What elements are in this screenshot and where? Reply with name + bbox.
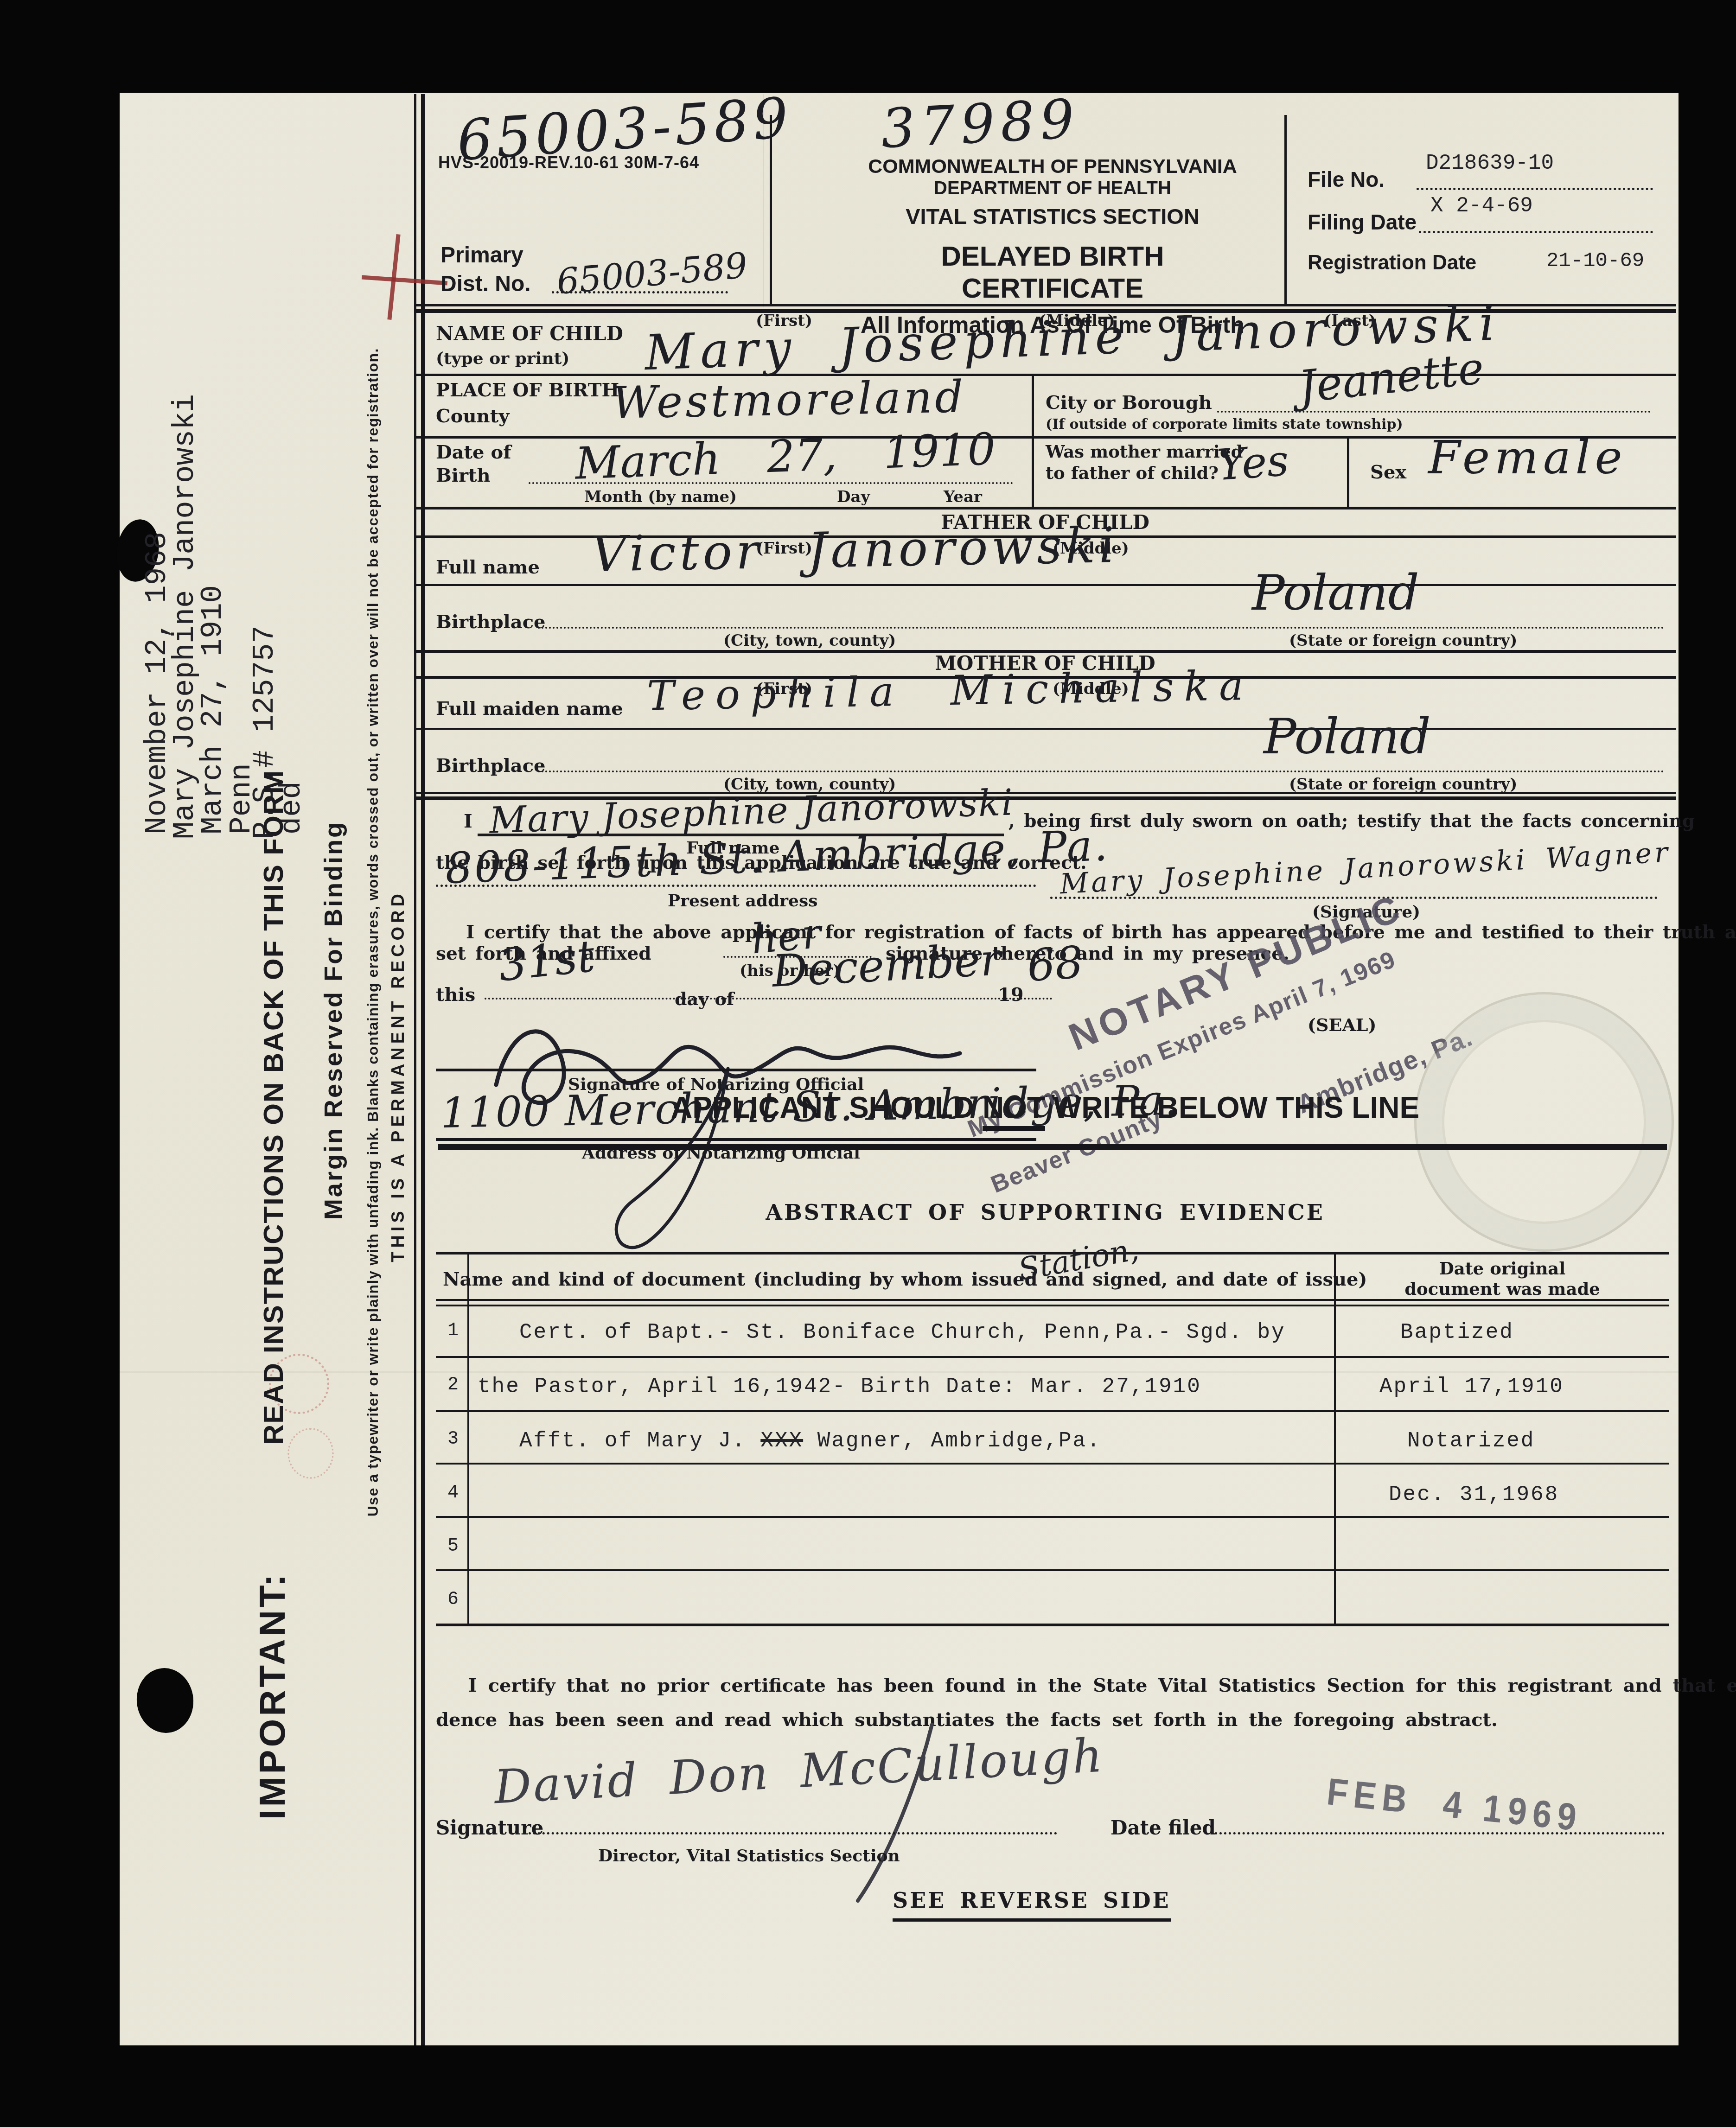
table-row-rule xyxy=(436,1569,1669,1571)
row-number: 1 xyxy=(447,1320,459,1341)
place-of-birth-label: PLACE OF BIRTH xyxy=(436,379,619,401)
signature-line xyxy=(524,1832,1057,1834)
red-ink-smudge xyxy=(287,1428,334,1479)
notary-signature-line xyxy=(436,1069,1036,1071)
paper-crease xyxy=(763,94,764,307)
director-signature-flourish xyxy=(825,1715,964,1910)
paper-crease xyxy=(120,1371,1679,1373)
row-document-post: Wagner, Ambridge,Pa. xyxy=(803,1429,1101,1453)
margin-typed-line: November 12, 1968 xyxy=(143,532,172,834)
table-row-rule xyxy=(436,1463,1669,1465)
row-date: Dec. 31,1968 xyxy=(1389,1483,1559,1507)
state-country-label: (State or foreign country) xyxy=(1289,631,1517,650)
row-rule xyxy=(414,374,1676,376)
full-name-label: Full name xyxy=(436,556,540,578)
sex-value: Female xyxy=(1428,430,1627,484)
document-title: DELAYED BIRTH CERTIFICATE xyxy=(849,240,1257,304)
registration-date-value: 21-10-69 xyxy=(1546,249,1644,273)
date-of-label: Date of xyxy=(436,441,511,463)
banner-pre: APPLICANT SHOULD xyxy=(671,1091,983,1124)
abstract-title: ABSTRACT OF SUPPORTING EVIDENCE xyxy=(414,1200,1676,1225)
filing-date-line xyxy=(1419,231,1653,233)
commonwealth-line: COMMONWEALTH OF PENNSYLVANIA xyxy=(849,155,1257,178)
margin-permanent-record: THIS IS A PERMANENT RECORD xyxy=(389,890,407,1262)
state-country-label: (State or foreign country) xyxy=(1289,775,1517,794)
scanned-document: November 12, 1968 Mary Josephine Janorow… xyxy=(0,0,1736,2127)
table-col-date: Date original document was made xyxy=(1340,1258,1665,1299)
department-line: DEPARTMENT OF HEALTH xyxy=(849,178,1257,199)
hand-file-number: 37989 xyxy=(880,88,1081,160)
county-label: County xyxy=(436,405,509,427)
mother-married-label: Was mother married xyxy=(1046,441,1243,462)
form-border-line xyxy=(414,94,416,2045)
table-col-document: Name and kind of document (including by … xyxy=(443,1268,1367,1290)
row-document: Afft. of Mary J. XXX Wagner, Ambridge,Pa… xyxy=(519,1429,1101,1453)
date-filed-line xyxy=(1215,1832,1665,1834)
present-address-label: Present address xyxy=(668,891,818,911)
row-date: April 17,1910 xyxy=(1379,1375,1564,1399)
cell-divider xyxy=(1032,436,1034,507)
present-address-line xyxy=(436,885,1036,887)
margin-read-instructions: READ INSTRUCTIONS ON BACK OF THIS FORM xyxy=(260,770,287,1445)
city-or-borough-label: City or Borough xyxy=(1046,392,1212,414)
certification-line1: I certify that no prior certificate has … xyxy=(468,1675,1736,1696)
cell-divider xyxy=(1032,374,1034,436)
row-number: 3 xyxy=(447,1429,459,1450)
name-of-child-label: NAME OF CHILD xyxy=(436,322,623,345)
row-document: the Pastor, April 16,1942- Birth Date: M… xyxy=(478,1375,1201,1399)
birthplace-line xyxy=(538,771,1665,772)
affidavit-sworn-text: , being first duly sworn on oath; testif… xyxy=(1008,810,1695,832)
file-no-line xyxy=(1417,188,1653,190)
director-label: Director, Vital Statistics Section xyxy=(598,1846,900,1866)
birth-label: Birth xyxy=(436,465,491,486)
no-write-rule xyxy=(438,1144,1667,1150)
row-number: 6 xyxy=(447,1589,459,1610)
year-label: Year xyxy=(944,488,982,506)
mother-birthplace-value: Poland xyxy=(1264,708,1431,765)
city-line xyxy=(1217,411,1651,413)
table-row-rule xyxy=(436,1516,1669,1518)
margin-important: IMPORTANT: xyxy=(254,1572,290,1820)
day-label: Day xyxy=(837,488,870,506)
birthplace-line xyxy=(538,627,1665,629)
dist-no-label: Dist. No. xyxy=(440,271,531,297)
applicant-signature-line xyxy=(1050,897,1658,899)
margin-binding-note: Margin Reserved For Binding xyxy=(321,821,346,1220)
file-no-label: File No. xyxy=(1308,167,1385,192)
primary-label: Primary xyxy=(440,242,523,268)
signature-label: Signature xyxy=(436,1816,543,1839)
margin-typed-line: Mary Josephine Janorowski xyxy=(171,394,200,839)
filing-date-value: X 2-4-69 xyxy=(1430,194,1533,218)
year-hw: 68 xyxy=(1025,937,1085,992)
margin-typed-line: March 27, 1910 xyxy=(198,585,228,834)
city-note-label: (If outside of corporate limits state to… xyxy=(1046,416,1403,433)
notary-certify-line1: I certify that the above applicant for r… xyxy=(466,922,1736,943)
registration-date-label: Registration Date xyxy=(1308,251,1476,274)
table-row-rule xyxy=(436,1410,1669,1412)
father-birthplace-value: Poland xyxy=(1252,565,1419,621)
row-rule xyxy=(414,584,1676,586)
applicant-banner: APPLICANT SHOULD NOT WRITE BELOW THIS LI… xyxy=(414,1090,1676,1125)
row-rule xyxy=(414,728,1676,730)
certification-line2: dence has been seen and read which subst… xyxy=(436,1709,1498,1731)
sex-label: Sex xyxy=(1370,461,1406,483)
row-number: 4 xyxy=(447,1483,459,1503)
affidavit-i: I xyxy=(464,810,472,832)
cell-divider xyxy=(1347,436,1349,507)
header-divider xyxy=(1284,115,1287,304)
row-date: Baptized xyxy=(1400,1320,1514,1344)
banner-post: WRITE BELOW THIS LINE xyxy=(1045,1091,1419,1124)
birthplace-label: Birthplace xyxy=(436,611,546,633)
row-number: 2 xyxy=(447,1375,459,1395)
row-document-struck: XXX xyxy=(760,1429,803,1453)
seal-caption: (SEAL) xyxy=(1308,1014,1377,1035)
county-value: Westmoreland xyxy=(612,371,966,428)
day-hw: 31st xyxy=(496,930,597,991)
banner-not: NOT xyxy=(983,1091,1045,1131)
row-number: 5 xyxy=(447,1536,459,1557)
mother-married-label2: to father of child? xyxy=(1046,463,1219,483)
form-border-line xyxy=(421,94,425,2045)
month-label: Month (by name) xyxy=(584,488,737,506)
see-reverse-side: SEE REVERSE SIDE xyxy=(893,1888,1171,1922)
table-col-date-line1: Date original xyxy=(1340,1258,1665,1279)
section-rule xyxy=(414,792,1676,794)
table-rule xyxy=(436,1305,1669,1306)
city-town-county-label: (City, town, county) xyxy=(723,631,896,650)
row-rule xyxy=(414,507,1676,509)
date-line xyxy=(529,482,1013,484)
form-code: HVS-20019-REV.10-61 30M-7-64 xyxy=(438,153,699,172)
notary-address-line xyxy=(436,1138,1036,1141)
filing-date-label: Filing Date xyxy=(1308,210,1417,235)
father-name-value: Victor Janorowski xyxy=(591,517,1118,583)
header-divider xyxy=(770,115,772,304)
married-value: Yes xyxy=(1215,436,1290,490)
table-row-rule xyxy=(436,1356,1669,1358)
birthplace-label: Birthplace xyxy=(436,755,546,777)
table-rule xyxy=(436,1624,1669,1626)
vital-statistics-line: VITAL STATISTICS SECTION xyxy=(849,204,1257,229)
margin-typewriter-note: Use a typewriter or write plainly with u… xyxy=(365,348,380,1516)
file-no-value: D218639-10 xyxy=(1426,151,1554,175)
row-document-pre: Afft. of Mary J. xyxy=(519,1429,760,1453)
table-col-date-line2: document was made xyxy=(1340,1279,1665,1299)
row-document: Cert. of Bapt.- St. Boniface Church, Pen… xyxy=(519,1320,1286,1344)
table-rule xyxy=(436,1299,1669,1301)
row-date: Notarized xyxy=(1407,1429,1535,1453)
full-maiden-name-label: Full maiden name xyxy=(436,698,623,720)
date-filed-label: Date filed xyxy=(1111,1816,1216,1839)
type-or-print-label: (type or print) xyxy=(436,349,569,368)
